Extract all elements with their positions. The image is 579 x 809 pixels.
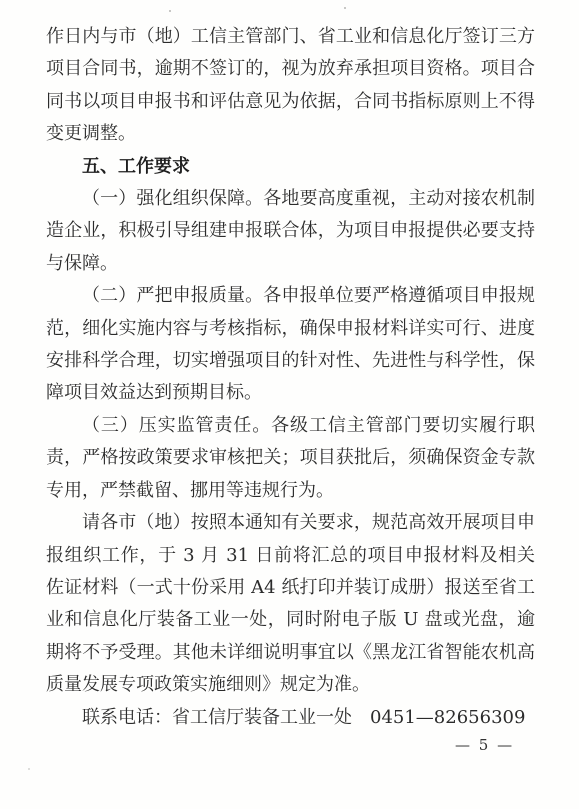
scan-speck bbox=[506, 420, 509, 422]
document-text-block: 作日内与市（地）工信主管部门、省工业和信息化厅签订三方项目合同书，逾期不签订的，… bbox=[46, 21, 535, 734]
section-heading: 五、工作要求 bbox=[46, 151, 535, 183]
requirement-item-2: （二）严把申报质量。各申报单位要严格遵循项目申报规范，细化实施内容与考核指标，确… bbox=[46, 280, 535, 410]
contact-line: 联系电话：省工信厅装备工业一处 0451—82656309 bbox=[46, 702, 535, 734]
closing-paragraph: 请各市（地）按照本通知有关要求，规范高效开展项目申报组织工作，于 3 月 31 … bbox=[46, 507, 535, 701]
scan-speck bbox=[169, 10, 171, 12]
page-number: — 5 — bbox=[455, 736, 514, 754]
requirement-item-1: （一）强化组织保障。各地要高度重视，主动对接农机制造企业，积极引导组建申报联合体… bbox=[46, 183, 535, 280]
scan-speck bbox=[344, 7, 346, 9]
scan-speck bbox=[28, 768, 30, 770]
continuation-paragraph: 作日内与市（地）工信主管部门、省工业和信息化厅签订三方项目合同书，逾期不签订的，… bbox=[46, 21, 535, 151]
requirement-item-3: （三）压实监管责任。各级工信主管部门要切实履行职责，严格按政策要求审核把关；项目… bbox=[46, 410, 535, 507]
scan-speck bbox=[361, 293, 363, 295]
scanned-document-page: 作日内与市（地）工信主管部门、省工业和信息化厅签订三方项目合同书，逾期不签订的，… bbox=[0, 0, 579, 809]
